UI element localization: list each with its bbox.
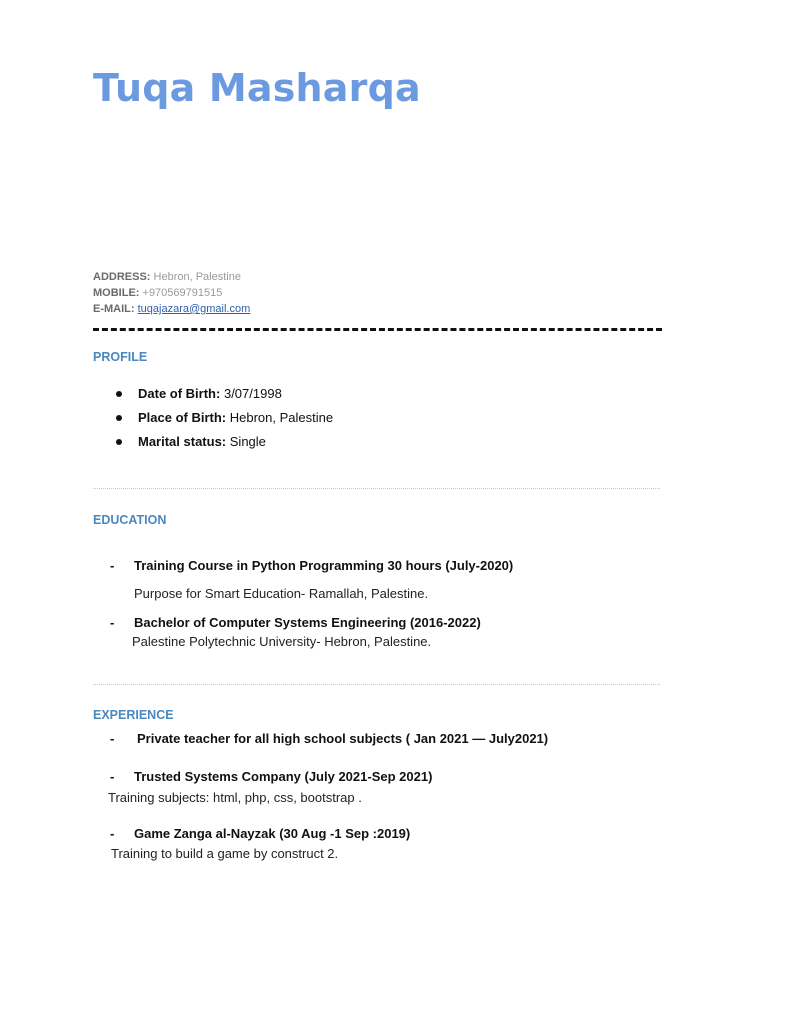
profile-item: Date of Birth: 3/07/1998 xyxy=(116,386,282,401)
bullet-icon xyxy=(116,439,122,445)
education-item-title: -Bachelor of Computer Systems Engineerin… xyxy=(110,615,481,630)
email-link[interactable]: tuqajazara@gmail.com xyxy=(138,303,251,315)
education-item-detail: Palestine Polytechnic University- Hebron… xyxy=(132,634,431,649)
experience-item-detail: Training to build a game by construct 2. xyxy=(111,846,338,861)
bullet-icon xyxy=(116,415,122,421)
profile-label: Place of Birth: xyxy=(138,410,226,425)
mobile-value: +970569791515 xyxy=(143,287,223,299)
email-label: E-MAIL: xyxy=(93,303,135,315)
mobile-line: MOBILE: +970569791515 xyxy=(93,287,222,299)
section-divider xyxy=(93,488,660,489)
address-value: Hebron, Palestine xyxy=(154,271,241,283)
profile-item: Marital status: Single xyxy=(116,434,266,449)
experience-item-detail: Training subjects: html, php, css, boots… xyxy=(108,790,362,805)
education-item-detail: Purpose for Smart Education- Ramallah, P… xyxy=(134,586,428,601)
experience-item-title: -Trusted Systems Company (July 2021-Sep … xyxy=(110,769,432,784)
bullet-icon xyxy=(116,391,122,397)
experience-item-title: -Game Zanga al-Nayzak (30 Aug -1 Sep :20… xyxy=(110,826,410,841)
profile-label: Marital status: xyxy=(138,434,226,449)
profile-item: Place of Birth: Hebron, Palestine xyxy=(116,410,333,425)
education-item-title: -Training Course in Python Programming 3… xyxy=(110,558,513,573)
mobile-label: MOBILE: xyxy=(93,287,139,299)
profile-value: Hebron, Palestine xyxy=(230,410,333,425)
email-line: E-MAIL: tuqajazara@gmail.com xyxy=(93,303,250,315)
section-title-education: EDUCATION xyxy=(93,513,166,527)
section-divider xyxy=(93,684,660,685)
experience-item-title: -Private teacher for all high school sub… xyxy=(110,731,548,746)
profile-value: 3/07/1998 xyxy=(224,386,282,401)
section-title-experience: EXPERIENCE xyxy=(93,708,174,722)
resume-name: Tuqa Masharqa xyxy=(93,66,421,110)
address-line: ADDRESS: Hebron, Palestine xyxy=(93,271,241,283)
header-divider xyxy=(93,328,662,331)
address-label: ADDRESS: xyxy=(93,271,150,283)
profile-label: Date of Birth: xyxy=(138,386,220,401)
section-title-profile: PROFILE xyxy=(93,350,147,364)
profile-value: Single xyxy=(230,434,266,449)
